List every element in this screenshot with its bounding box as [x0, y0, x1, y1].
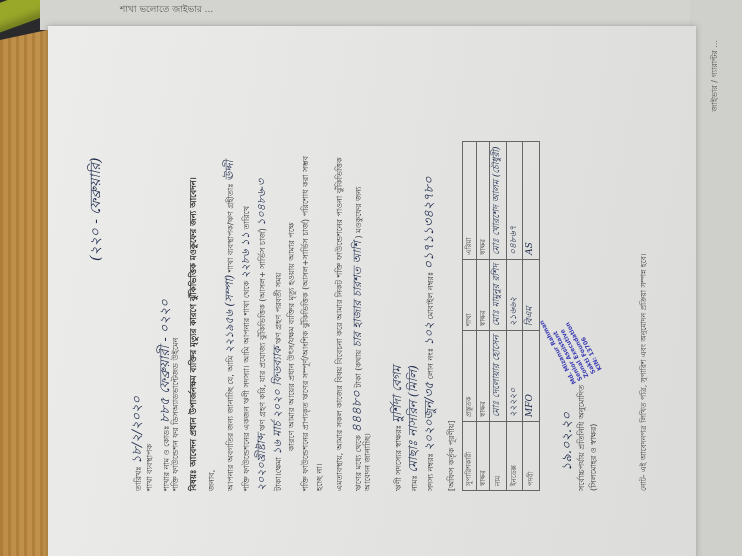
handwritten-waiver-amount: ৪৪৪৮০ — [350, 390, 365, 432]
body-line-8: এমতাবস্থায়, আমার সকল কাজের বিষয় বিবেচন… — [334, 157, 346, 491]
body-text: শাখা ব্যবস্থাপক/ঋণ গ্রহীতাঃ — [226, 184, 235, 273]
body-text: শক্তি ফাউন্ডেশনের একজন ঋণী সদস্যা। আমি আ… — [242, 281, 251, 491]
row-label: নাম — [490, 422, 507, 491]
body-text: ঋণ গ্রহণ পরবর্তী সময় — [274, 273, 283, 344]
member-number-line: সদস্য নম্বরঃ ২০২০জুন/৩৫ লোন নংঃ ১০২ মোবা… — [420, 176, 440, 491]
table-cell: স্বাক্ষর — [476, 142, 490, 259]
body-text: ঋণ গ্রহণ করি, যার প্রযোজ্য ঝুঁকিভিত্তিক … — [258, 228, 267, 431]
table-cell: ২১৬৬২ — [506, 259, 523, 330]
member-signature: মুর্শিদা বেগম — [390, 366, 404, 423]
loan-number-label: লোন নংঃ — [426, 348, 435, 379]
date-value: ১৮/২/২০২০ — [130, 396, 145, 464]
member-signature-label: ঋণী সদস্যের স্বাক্ষরঃ — [394, 425, 403, 491]
row-label: সুপারিশকারী — [463, 422, 477, 491]
mobile-number: ০১৭১১৩৪২৭৮০ — [422, 176, 437, 269]
body-text: ) মওকুফের জন্য — [354, 187, 363, 239]
body-line-6: শক্তি ফাউন্ডেশনের প্রাপ্যকৃত ঋণের সম্পূর… — [300, 156, 312, 491]
table-cell: এরিয়া — [463, 142, 477, 259]
body-text: টাকা।ক্ষেমা — [274, 457, 283, 491]
salutation: জনাব, — [206, 470, 218, 491]
handwritten-value: ঊদ্দী — [223, 160, 236, 181]
body-text: টাকা (কথায় — [354, 350, 363, 388]
table-row: স্বাক্ষরস্বাক্ষরস্বাক্ষরস্বাক্ষর — [476, 142, 490, 491]
body-text: আপনার অবগতির জন্য জানাচ্ছি যে, আমি — [226, 356, 235, 491]
table-cell: শাখা — [463, 259, 477, 330]
table-row: নামমোঃ দেলোয়ার হোসেনমোঃ মামুনুর রশিদমোঃ… — [490, 142, 507, 491]
row-label: স্বাক্ষর — [476, 422, 490, 491]
table-row: পদবীMFOবিএমAS — [523, 142, 540, 491]
member-number-label: সদস্য নম্বরঃ — [426, 453, 435, 491]
underlying-text: জাইভার / গ্যারান্টর ... — [708, 40, 721, 112]
row-label: পদবী — [523, 422, 540, 491]
table-cell: ০৪৮৬৭ — [506, 142, 523, 259]
table-cell: স্বাক্ষর — [476, 259, 490, 330]
member-name-label: নামঃ — [410, 475, 419, 491]
table-cell: মোঃ মামুনুর রশিদ — [490, 259, 507, 330]
member-number: ২০২০জুন/৩৫ — [422, 382, 436, 451]
member-name: মোছাঃ নাসরিন (মিলি) — [406, 365, 420, 472]
body-line-3: ২০২০খ্রীষ্টাব্দ ঋণ গ্রহণ করি, যার প্রযোজ… — [254, 179, 271, 491]
table-cell: বিএম — [523, 259, 540, 330]
footer-note: নোট- এই আবেদনপত্র লিখিত পত্রি, সুপারিশ এ… — [638, 253, 649, 491]
body-line-10: আবেদন জানাচ্ছি। — [362, 433, 374, 491]
table-row: সুপারিশকারীপ্রস্তুতকশাখাএরিয়া — [463, 142, 477, 491]
application-form-sheet: (২২০ - ফেব্রুয়ারি) তারিখঃ ১৮/২/২০২০ শাখ… — [48, 26, 696, 556]
handwritten-date: ২২৮৬ ১১ — [239, 232, 252, 278]
date-label: তারিখঃ — [134, 466, 143, 491]
recommendation-table: সুপারিশকারীপ্রস্তুতকশাখাএরিয়াস্বাক্ষরস্… — [462, 142, 540, 492]
body-line-2: শক্তি ফাউন্ডেশনের একজন ঋণী সদস্যা। আমি আ… — [238, 206, 255, 491]
table-cell: মোঃ খোরশেদ আলম (চৌধুরী) — [490, 142, 507, 259]
underlying-paper-right: জাইভার / গ্যারান্টর ... — [690, 0, 742, 556]
loan-number: ১০২ — [422, 322, 436, 345]
table-cell: MFO — [523, 331, 540, 422]
table-cell: AS — [523, 142, 540, 259]
underlying-text: শাখা ভলোতে জাইভার ... — [120, 2, 213, 17]
office-use-heading: [অফিস কর্তৃক পূরণীয়] — [446, 420, 458, 491]
body-line-5: কারণে আমার আয়ের প্রধান উৎস/যক্ষম ব্যক্ত… — [286, 223, 298, 451]
handwritten-year: ২০২০খ্রীষ্টাব্দ — [255, 434, 268, 491]
body-line-7: হচ্ছে না। — [314, 464, 326, 492]
body-text: তারিখে — [242, 206, 251, 229]
handwritten-name: ২২১৯৫৬ (সম্পা) — [223, 275, 236, 353]
handwritten-reason: ১৬ মার্চ ২০২০ ফিডব্যাক — [271, 346, 284, 454]
recipient-line-1: শাখা ব্যবস্থাপক — [144, 444, 156, 491]
subject-line: বিষয়ঃ আবেদন প্রধান উপার্জনক্ষম ব্যক্তির… — [188, 177, 201, 491]
approver-subtitle: (সিলমোহর ও স্বাক্ষর) — [588, 424, 600, 491]
table-cell: ২২২২০ — [506, 331, 523, 422]
mobile-label: মোবাইল নম্বরঃ — [426, 272, 435, 320]
table-cell: স্বাক্ষর — [476, 331, 490, 422]
table-cell: মোঃ দেলোয়ার হোসেন — [490, 331, 507, 422]
table-cell: প্রস্তুতক — [463, 331, 477, 422]
approver-title: সর্বোচ্চপর্যায় প্রতিনিধি অনুমোদিত — [576, 385, 588, 491]
recipient-line-3: শক্তি ফাউন্ডেশন ফর ডিসঅ্যাডভান্টেজড উইমে… — [170, 338, 182, 491]
handwritten-amount-words: চার হাজার চারশত আশি — [351, 241, 364, 347]
body-line-4: টাকা।ক্ষেমা ১৬ মার্চ ২০২০ ফিডব্যাক ঋণ গ্… — [270, 273, 287, 491]
row-label: ইনডেক্স — [506, 422, 523, 491]
table-row: ইনডেক্স২২২২০২১৬৬২০৪৮৬৭ — [506, 142, 523, 491]
handwritten-amount: ১০৪৮৬-৩ — [255, 179, 268, 226]
reference-handwritten: (২২০ - ফেব্রুয়ারি) — [86, 158, 107, 261]
form-page: (২২০ - ফেব্রুয়ারি) তারিখঃ ১৮/২/২০২০ শাখ… — [48, 26, 696, 556]
official-stamp: Md. Mizanur RahmanSenior AssistantZonal … — [538, 305, 603, 385]
body-line-1: আপনার অবগতির জন্য জানাচ্ছি যে, আমি ২২১৯৫… — [222, 160, 239, 491]
approver-signature: ১৯.০২.২০ — [558, 412, 578, 471]
